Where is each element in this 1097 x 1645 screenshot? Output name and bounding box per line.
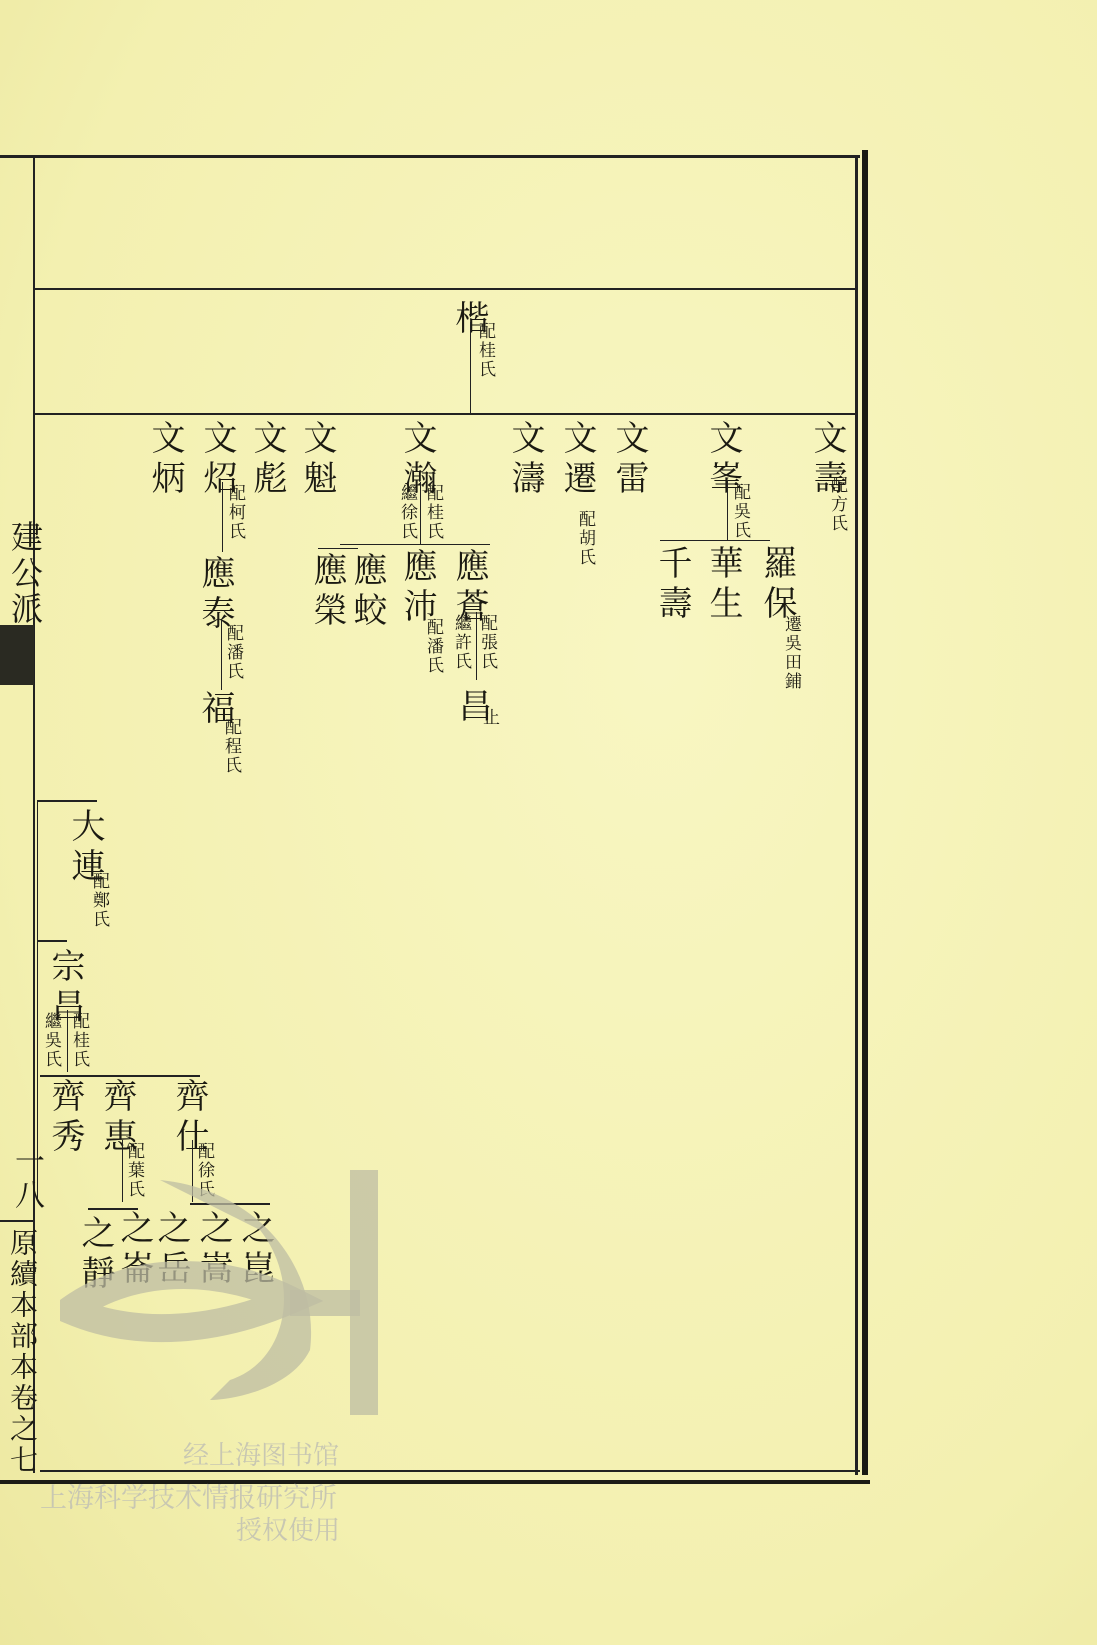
person-luobao: 羅保 — [760, 545, 794, 625]
bar-wenhan-children — [340, 544, 490, 545]
bar-wenkui-children — [318, 548, 358, 549]
person-qianshou: 千壽 — [655, 545, 689, 625]
person-yingrong: 應榮 — [310, 552, 344, 632]
second-spouse-yingcang: 繼許氏 — [452, 614, 469, 671]
footer-label: 原續本部本卷之七 — [2, 1228, 42, 1476]
bar-zongchang — [37, 940, 67, 942]
bar-qi — [40, 1075, 200, 1077]
spouse-zongchang: 配桂氏 — [70, 1012, 87, 1069]
person-wenbiao: 文彪 — [250, 420, 284, 500]
person-yingtai: 應泰 — [198, 555, 232, 635]
spouse-wenshou: 配方氏 — [828, 476, 845, 533]
person-wentao: 文濤 — [508, 420, 542, 500]
watermark-line3: 授权使用 — [236, 1510, 340, 1547]
bar-dalian — [37, 800, 97, 802]
root-spouse: 配桂氏 — [476, 322, 493, 379]
branch-label: 建公派 — [2, 520, 48, 628]
spouse-yingcang: 配張氏 — [478, 614, 495, 671]
person-wenqian: 文遷 — [560, 420, 594, 500]
note-luobao: 遷吳田鋪 — [782, 615, 799, 691]
spouse-dalian: 配鄭氏 — [90, 872, 107, 929]
person-yingjiao: 應蛟 — [350, 552, 384, 632]
frame-bottom — [40, 1470, 860, 1472]
spouse-wenzhao: 配柯氏 — [226, 484, 243, 541]
person-wenlei: 文雷 — [612, 420, 646, 500]
lower-vertical — [37, 800, 38, 1200]
library-watermark-logo-icon — [60, 1150, 380, 1430]
footer-divider — [0, 1220, 35, 1222]
frame-top — [0, 155, 860, 158]
person-yingpei: 應沛 — [400, 548, 434, 628]
spouse-fu: 配程氏 — [222, 718, 239, 775]
fish-tail-marker — [0, 625, 34, 685]
spouse-wenfeng: 配吳氏 — [731, 483, 748, 540]
person-wenbing: 文炳 — [148, 420, 182, 500]
second-spouse-zongchang: 繼吳氏 — [42, 1012, 59, 1069]
frame-right-thick — [862, 150, 868, 1475]
watermark-line1: 经上海图书馆 — [183, 1435, 339, 1472]
stem-wenhan — [420, 482, 421, 544]
note-chang: 止 — [480, 708, 497, 727]
root-stem — [470, 322, 471, 414]
spouse-yingtai: 配潘氏 — [224, 624, 241, 681]
row-divider-1 — [35, 288, 855, 290]
person-huasheng: 華生 — [706, 545, 740, 625]
person-qixiu: 齊秀 — [48, 1078, 82, 1158]
stem-wenzhao — [222, 482, 223, 552]
spouse-wenhan: 配桂氏 — [424, 484, 441, 541]
stem-zongchang — [67, 1010, 68, 1072]
gen2-bar — [35, 413, 855, 415]
spouse-yingpei: 配潘氏 — [424, 618, 441, 675]
stem-wenfeng — [727, 480, 728, 540]
spouse-wenqian: 配胡氏 — [576, 510, 593, 567]
page-number: 一八 — [4, 1145, 48, 1213]
genealogy-page: 建公派 一八 原續本部本卷之七 楷 配桂氏 文壽 配方氏 文峯 配吳氏 文雷 文… — [0, 0, 1097, 1645]
second-spouse-wenhan: 繼徐氏 — [398, 484, 415, 541]
stem-yingtai — [221, 620, 222, 690]
bar-wenfeng-children — [660, 540, 770, 541]
frame-right — [855, 155, 858, 1475]
person-wenkui: 文魁 — [300, 420, 334, 500]
